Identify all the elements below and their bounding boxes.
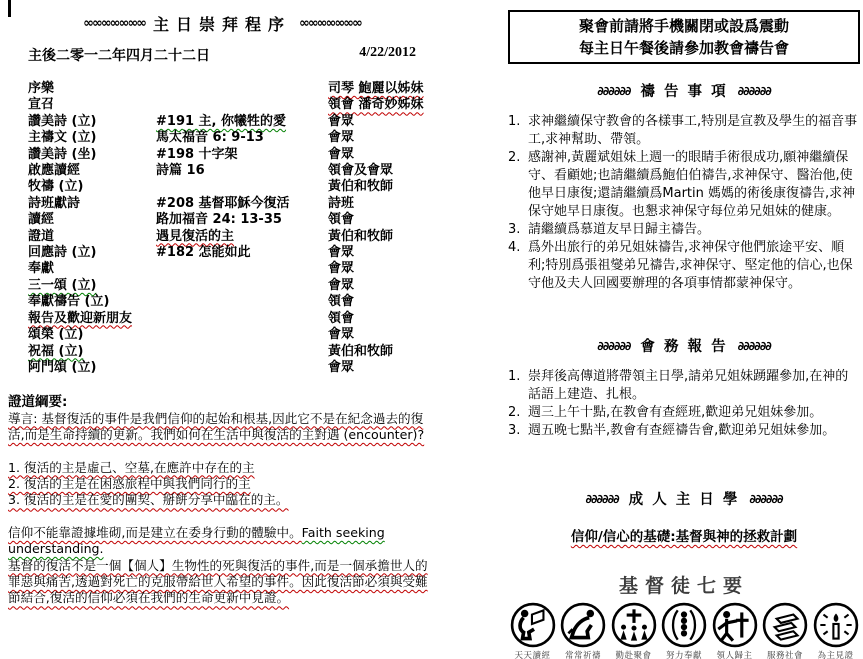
worship-who: 領會 <box>328 294 436 310</box>
worship-row: 三一頌 (立)會眾 <box>28 278 436 294</box>
worship-detail <box>156 81 328 97</box>
worship-row: 啟應讀經詩篇 16領會及會眾 <box>28 163 436 179</box>
worship-who: 領會及會眾 <box>328 163 436 179</box>
report-header: ∂∂∂∂∂∂ 會 務 報 告 ∂∂∂∂∂∂ <box>508 335 860 356</box>
worship-item: 奉獻禱告 (立) <box>28 294 156 310</box>
constant-prayer-icon <box>560 602 606 648</box>
worship-item: 回應詩 (立) <box>28 245 156 261</box>
worship-who: 會眾 <box>328 360 436 376</box>
notice-box: 聚會前請將手機關閉或設爲震動 每主日午餐後請參加教會禱告會 <box>508 10 860 64</box>
worship-item: 阿門頌 (立) <box>28 360 156 376</box>
worship-detail: #191 主, 你犧牲的愛 <box>156 114 328 130</box>
worship-detail <box>156 327 328 343</box>
worship-who: 會眾 <box>328 147 436 163</box>
worship-item: 讚美詩 (立) <box>28 114 156 130</box>
sermon-faith-chinese: 信仰不能靠證據堆砌,而是建立在委身行動的體驗中。 <box>8 525 302 540</box>
sermon-closing: 基督的復活不是一個【個人】生物性的死與復活的事件,而是一個承擔世人的罪惡與痛苦,… <box>8 558 428 606</box>
curl-decoration-icon: ∂∂∂∂∂∂ <box>597 339 630 353</box>
item-text: 爲外出旅行的弟兄姐妹禱告,求神保守他們旅途平安、順利;特別爲張祖燮弟兄禱告,求神… <box>528 239 860 293</box>
worship-who: 領會 潘奇妙姊妹 <box>328 97 436 113</box>
worship-who: 會眾 <box>328 130 436 146</box>
item-number: 1. <box>508 113 528 149</box>
prayer-items-header: ∂∂∂∂∂∂ 禱 告 事 項 ∂∂∂∂∂∂ <box>508 80 860 101</box>
worship-item: 證道 <box>28 229 156 245</box>
worship-item: 三一頌 (立) <box>28 278 156 294</box>
curl-decoration-icon: ∂∂∂∂∂∂ <box>738 339 771 353</box>
worship-program-column: ∞∞∞∞∞∞∞ 主日崇拜程序 ∞∞∞∞∞∞∞ 主後二零一二年四月二十二日 4/2… <box>8 6 436 607</box>
worship-row: 詩班獻詩#208 基督耶穌今復活詩班 <box>28 196 436 212</box>
prayer-item: 2.感謝神,黃麗斌姐妹上週一的眼睛手術很成功,願神繼續保守、看顧她;也請繼續爲鮑… <box>508 149 860 221</box>
worship-item: 宣召 <box>28 97 156 113</box>
worship-detail: 遇見復活的主 <box>156 229 328 245</box>
sunday-school-subtitle: 信仰/信心的基礎:基督與神的拯救計劃 <box>508 525 860 545</box>
worship-row: 報告及歡迎新朋友領會 <box>28 311 436 327</box>
item-number: 1. <box>508 368 528 404</box>
item-number: 2. <box>508 149 528 221</box>
worship-item: 啟應讀經 <box>28 163 156 179</box>
item-number: 2. <box>508 404 528 422</box>
worship-row: 序樂司琴 鮑麗以姊妹 <box>28 81 436 97</box>
worship-row: 祝福 (立)黃伯和牧師 <box>28 344 436 360</box>
worship-detail: 馬太福音 6: 9-13 <box>156 130 328 146</box>
notice-line-1: 聚會前請將手機關閉或設爲震動 <box>516 15 852 37</box>
church-bulletin-page: { "deco": { "chain": "∞∞∞∞∞∞∞", "curl": … <box>0 0 863 659</box>
seven-essential-label: 服務社會 <box>767 649 803 659</box>
worship-row: 牧禱 (立)黃伯和牧師 <box>28 179 436 195</box>
sunday-school-title: 成 人 主 日 學 <box>619 488 750 509</box>
daily-bible-reading-icon <box>510 602 556 648</box>
worship-row: 主禱文 (立)馬太福音 6: 9-13會眾 <box>28 130 436 146</box>
item-text: 請繼續爲慕道友早日歸主禱告。 <box>528 221 860 239</box>
seven-essential-label: 常常祈禱 <box>565 649 601 659</box>
worship-who: 會眾 <box>328 261 436 277</box>
item-text: 求神繼續保守教會的各樣事工,特別是宣教及學生的福音事工,求神幫助、帶領。 <box>528 113 860 149</box>
worship-detail <box>156 261 328 277</box>
worship-detail <box>156 179 328 195</box>
prayer-items-title: 禱 告 事 項 <box>630 80 737 101</box>
worship-item: 牧禱 (立) <box>28 179 156 195</box>
sermon-point: 1. 復活的主是虛己、空墓,在應許中存在的主 <box>8 460 255 475</box>
sermon-faith-line: 信仰不能靠證據堆砌,而是建立在委身行動的體驗中。Faith seeking un… <box>8 525 436 558</box>
date-chinese: 主後二零一二年四月二十二日 <box>28 45 210 65</box>
item-number: 3. <box>508 221 528 239</box>
report-item: 3.週五晚七點半,教會有查經禱告會,歡迎弟兄姐妹參加。 <box>508 422 860 440</box>
item-text: 感謝神,黃麗斌姐妹上週一的眼睛手術很成功,願神繼續保守、看顧她;也請繼續爲鮑伯伯… <box>528 149 860 221</box>
report-item: 2.週三上午十點,在教會有查經班,歡迎弟兄姐妹參加。 <box>508 404 860 422</box>
date-numeric: 4/22/2012 <box>359 45 416 65</box>
seven-essential-label: 為主見證 <box>817 649 853 659</box>
worship-detail: #198 十字架 <box>156 147 328 163</box>
worship-item: 主禱文 (立) <box>28 130 156 146</box>
seven-essential-cell: 努力奉獻 <box>660 602 709 659</box>
seven-essentials-title: 基督徒七要 <box>508 571 860 598</box>
sermon-point: 3. 復活的主是在愛的團契、掰餅分享中臨在的主。 <box>8 492 289 507</box>
worship-item: 奉獻 <box>28 261 156 277</box>
worship-row: 奉獻會眾 <box>28 261 436 277</box>
program-title-line: ∞∞∞∞∞∞∞ 主日崇拜程序 ∞∞∞∞∞∞∞ <box>8 12 436 35</box>
sermon-intro: 導言: 基督復活的事件是我們信仰的起始和根基,因此它不是在紀念過去的復活,而是生… <box>8 411 424 442</box>
page-title: 主日崇拜程序 <box>153 12 291 35</box>
sunday-school-header: ∂∂∂∂∂∂ 成 人 主 日 學 ∂∂∂∂∂∂ <box>508 488 860 509</box>
notice-line-2: 每主日午餐後請參加教會禱告會 <box>516 37 852 59</box>
worship-detail <box>156 294 328 310</box>
worship-detail: 路加福音 24: 13-35 <box>156 212 328 228</box>
worship-item: 頌榮 (立) <box>28 327 156 343</box>
attend-meetings-icon <box>611 602 657 648</box>
worship-item: 詩班獻詩 <box>28 196 156 212</box>
worship-detail: #182 怎能如此 <box>156 245 328 261</box>
witness-for-the-lord-icon <box>813 602 859 648</box>
worship-detail <box>156 344 328 360</box>
worship-who: 領會 <box>328 212 436 228</box>
worship-row: 回應詩 (立)#182 怎能如此會眾 <box>28 245 436 261</box>
prayer-items-list: 1.求神繼續保守教會的各樣事工,特別是宣教及學生的福音事工,求神幫助、帶領。 2… <box>508 113 860 293</box>
worship-item: 祝福 (立) <box>28 344 156 360</box>
report-item: 1.崇拜後高傳道將帶領主日學,請弟兄姐妹踴躍參加,在神的話語上建造、扎根。 <box>508 368 860 404</box>
worship-row: 宣召領會 潘奇妙姊妹 <box>28 97 436 113</box>
worship-detail: #208 基督耶穌今復活 <box>156 196 328 212</box>
worship-row: 讚美詩 (坐)#198 十字架會眾 <box>28 147 436 163</box>
worship-who: 詩班 <box>328 196 436 212</box>
faithful-offering-icon <box>661 602 707 648</box>
worship-who: 會眾 <box>328 278 436 294</box>
curl-decoration-icon: ∂∂∂∂∂∂ <box>738 84 771 98</box>
seven-essential-label: 天天讀經 <box>514 649 550 659</box>
worship-detail <box>156 311 328 327</box>
date-row: 主後二零一二年四月二十二日 4/22/2012 <box>28 45 416 65</box>
seven-essential-cell: 天天讀經 <box>508 602 557 659</box>
worship-row: 讚美詩 (立)#191 主, 你犧牲的愛會眾 <box>28 114 436 130</box>
item-text: 週五晚七點半,教會有查經禱告會,歡迎弟兄姐妹參加。 <box>528 422 860 440</box>
serve-society-icon <box>762 602 808 648</box>
lead-people-to-christ-icon <box>712 602 758 648</box>
report-list: 1.崇拜後高傳道將帶領主日學,請弟兄姐妹踴躍參加,在神的話語上建造、扎根。 2.… <box>508 368 860 440</box>
prayer-item: 1.求神繼續保守教會的各樣事工,特別是宣教及學生的福音事工,求神幫助、帶領。 <box>508 113 860 149</box>
worship-item: 讚美詩 (坐) <box>28 147 156 163</box>
worship-row: 讀經路加福音 24: 13-35領會 <box>28 212 436 228</box>
report-title: 會 務 報 告 <box>630 335 737 356</box>
announcements-column: 聚會前請將手機關閉或設爲震動 每主日午餐後請參加教會禱告會 ∂∂∂∂∂∂ 禱 告… <box>508 10 860 659</box>
worship-detail <box>156 360 328 376</box>
worship-row: 奉獻禱告 (立)領會 <box>28 294 436 310</box>
worship-who: 會眾 <box>328 327 436 343</box>
sermon-point: 2. 復活的主是在困惑旅程中與我們同行的主 <box>8 476 251 491</box>
seven-essential-label: 領人歸主 <box>716 649 752 659</box>
prayer-item: 3.請繼續爲慕道友早日歸主禱告。 <box>508 221 860 239</box>
item-text: 崇拜後高傳道將帶領主日學,請弟兄姐妹踴躍參加,在神的話語上建造、扎根。 <box>528 368 860 404</box>
worship-row: 阿門頌 (立)會眾 <box>28 360 436 376</box>
worship-who: 司琴 鮑麗以姊妹 <box>328 81 436 97</box>
seven-essential-label: 勤赴聚會 <box>615 649 651 659</box>
item-number: 4. <box>508 239 528 293</box>
chain-decoration-icon: ∞∞∞∞∞∞∞ <box>75 16 153 31</box>
worship-row: 證道遇見復活的主黃伯和牧師 <box>28 229 436 245</box>
seven-essential-cell: 領人歸主 <box>710 602 759 659</box>
curl-decoration-icon: ∂∂∂∂∂∂ <box>749 492 782 506</box>
worship-item: 序樂 <box>28 81 156 97</box>
worship-who: 會眾 <box>328 245 436 261</box>
worship-row: 頌榮 (立)會眾 <box>28 327 436 343</box>
worship-who: 黃伯和牧師 <box>328 344 436 360</box>
worship-item: 報告及歡迎新朋友 <box>28 311 156 327</box>
worship-detail <box>156 97 328 113</box>
seven-essentials-row: 天天讀經 常常祈禱 勤赴聚會 <box>508 602 860 659</box>
worship-detail <box>156 278 328 294</box>
worship-who: 會眾 <box>328 114 436 130</box>
seven-essential-cell: 勤赴聚會 <box>609 602 658 659</box>
seven-essential-cell: 服務社會 <box>761 602 810 659</box>
seven-essential-cell: 常常祈禱 <box>559 602 608 659</box>
sermon-outline-heading: 證道綱要: <box>8 394 436 410</box>
worship-who: 領會 <box>328 311 436 327</box>
curl-decoration-icon: ∂∂∂∂∂∂ <box>597 84 630 98</box>
worship-detail: 詩篇 16 <box>156 163 328 179</box>
worship-order-list: 序樂司琴 鮑麗以姊妹 宣召領會 潘奇妙姊妹 讚美詩 (立)#191 主, 你犧牲… <box>28 81 436 376</box>
item-number: 3. <box>508 422 528 440</box>
chain-decoration-icon: ∞∞∞∞∞∞∞ <box>291 16 369 31</box>
curl-decoration-icon: ∂∂∂∂∂∂ <box>585 492 618 506</box>
seven-essential-label: 努力奉獻 <box>666 649 702 659</box>
worship-who: 黃伯和牧師 <box>328 229 436 245</box>
prayer-item: 4.爲外出旅行的弟兄姐妹禱告,求神保守他們旅途平安、順利;特別爲張祖燮弟兄禱告,… <box>508 239 860 293</box>
worship-who: 黃伯和牧師 <box>328 179 436 195</box>
item-text: 週三上午十點,在教會有查經班,歡迎弟兄姐妹參加。 <box>528 404 860 422</box>
worship-item: 讀經 <box>28 212 156 228</box>
seven-essential-cell: 為主見證 <box>811 602 860 659</box>
sermon-outline-section: 證道綱要: 導言: 基督復活的事件是我們信仰的起始和根基,因此它不是在紀念過去的… <box>8 394 436 606</box>
